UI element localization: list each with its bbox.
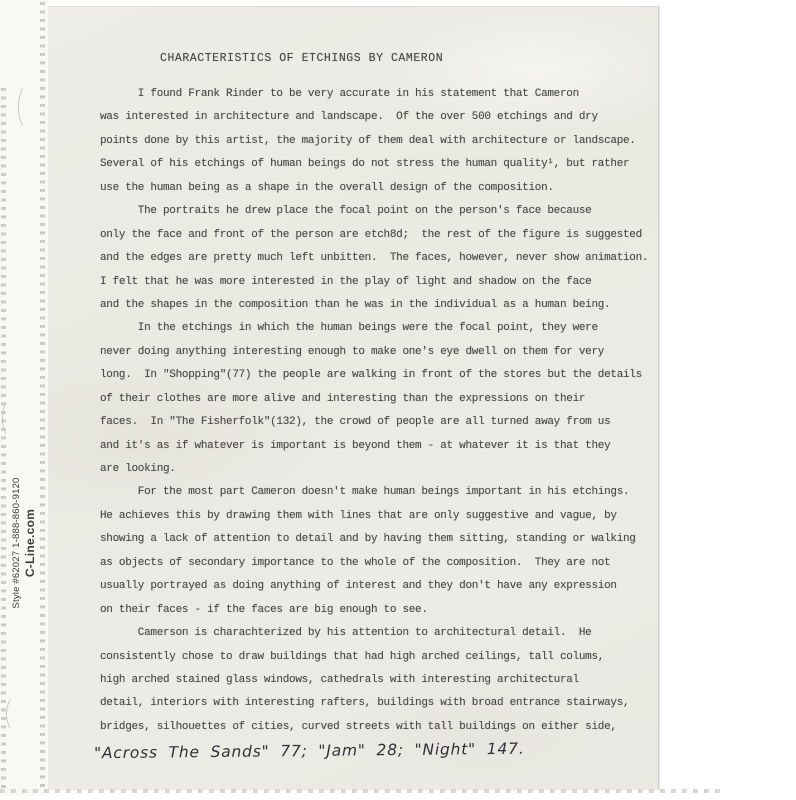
sleeve-bottom-seam xyxy=(0,789,724,793)
typed-line: of their clothes are more alive and inte… xyxy=(100,388,652,411)
typed-line: only the face and front of the person ar… xyxy=(100,224,652,247)
typed-line: long. In "Shopping"(77) the people are w… xyxy=(100,364,652,387)
typed-line: on their faces - if the faces are big en… xyxy=(100,599,652,622)
typed-line: In the etchings in which the human being… xyxy=(100,317,652,340)
typed-line: was interested in architecture and lands… xyxy=(100,106,652,129)
typed-line: I found Frank Rinder to be very accurate… xyxy=(100,83,652,106)
typed-line: bridges, silhouettes of cities, curved s… xyxy=(100,716,652,739)
sleeve-style-number: Style #62027 1-888-860-9120 xyxy=(11,455,23,631)
sheet-protector-edge: Style #62027 1-888-860-9120 C-Line.com xyxy=(0,0,48,796)
document-title: CHARACTERISTICS OF ETCHINGS BY CAMERON xyxy=(160,52,443,65)
perforation-strip-outer xyxy=(1,88,6,790)
typed-line: never doing anything interesting enough … xyxy=(100,341,652,364)
typed-body: I found Frank Rinder to be very accurate… xyxy=(100,83,652,739)
typed-line: are looking. xyxy=(100,458,652,481)
handwritten-annotation: "Across The Sands" 77; "Jam" 28; "Night"… xyxy=(94,740,525,763)
typed-line: consistently chose to draw buildings tha… xyxy=(100,646,652,669)
typed-line: Several of his etchings of human beings … xyxy=(100,153,652,176)
typed-line: and it's as if whatever is important is … xyxy=(100,435,652,458)
typed-line: The portraits he drew place the focal po… xyxy=(100,200,652,223)
typed-line: faces. In "The Fisherfolk"(132), the cro… xyxy=(100,411,652,434)
scanned-page: Style #62027 1-888-860-9120 C-Line.com C… xyxy=(0,0,796,800)
typed-line: He achieves this by drawing them with li… xyxy=(100,505,652,528)
typed-line: Camerson is charachterized by his attent… xyxy=(100,622,652,645)
typed-line: showing a lack of attention to detail an… xyxy=(100,528,652,551)
typed-line: and the shapes in the composition than h… xyxy=(100,294,652,317)
crease-mark xyxy=(6,696,26,732)
typed-line: as objects of secondary importance to th… xyxy=(100,552,652,575)
typed-line: detail, interiors with interesting rafte… xyxy=(100,692,652,715)
perforation-strip-inner xyxy=(40,2,45,790)
typed-line: For the most part Cameron doesn't make h… xyxy=(100,481,652,504)
crease-mark xyxy=(2,398,20,438)
typed-line: points done by this artist, the majority… xyxy=(100,130,652,153)
typed-line: I felt that he was more interested in th… xyxy=(100,271,652,294)
typed-line: and the edges are pretty much left unbit… xyxy=(100,247,652,270)
typed-line: high arched stained glass windows, cathe… xyxy=(100,669,652,692)
crease-mark xyxy=(18,84,38,130)
typed-line: usually portrayed as doing anything of i… xyxy=(100,575,652,598)
sleeve-branding: Style #62027 1-888-860-9120 C-Line.com xyxy=(11,455,45,631)
sleeve-brand: C-Line.com xyxy=(23,455,38,631)
typed-line: use the human being as a shape in the ov… xyxy=(100,177,652,200)
paper-sheet: CHARACTERISTICS OF ETCHINGS BY CAMERON I… xyxy=(48,6,658,790)
